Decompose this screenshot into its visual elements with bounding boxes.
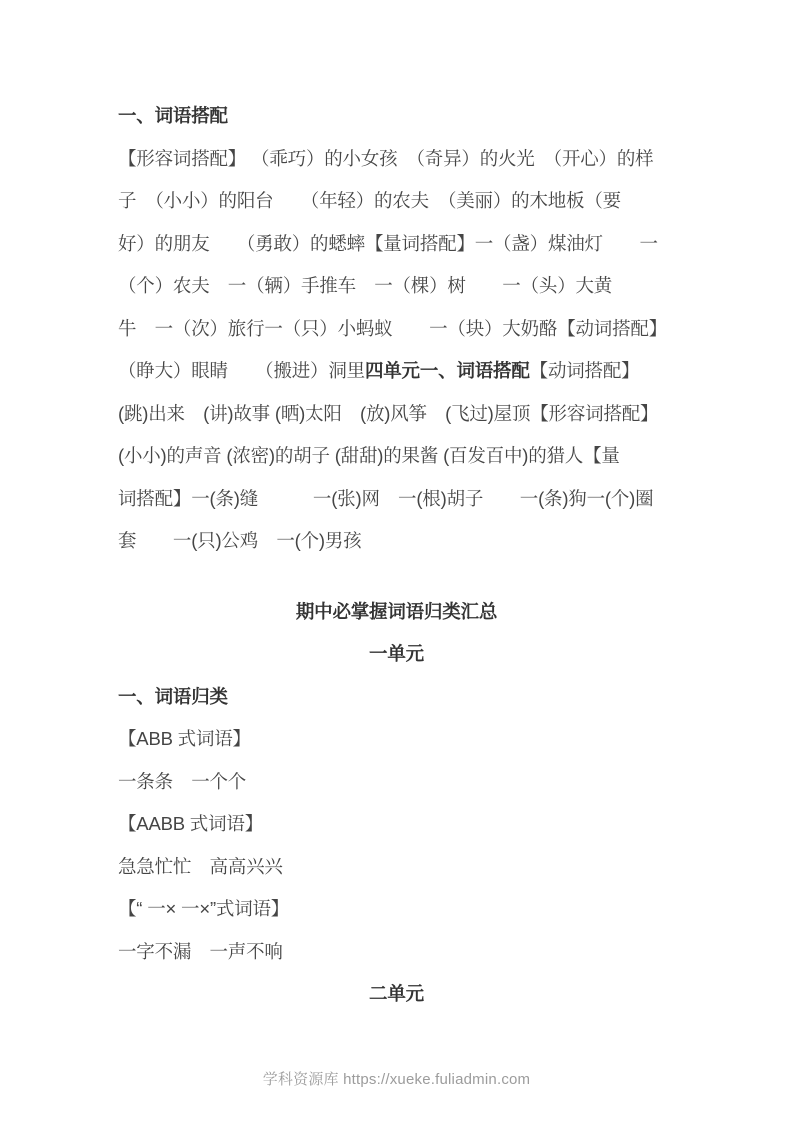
text-run: (跳)出来 (讲)故事 (晒)太阳 (放)风筝 (飞过)屋顶【形容词搭配】: [118, 403, 658, 424]
text-run: 急急忙忙 高高兴兴: [118, 856, 283, 877]
bold-text-run: 一、词语搭配: [118, 105, 228, 126]
text-line: 一字不漏 一声不响: [118, 931, 675, 974]
footer-watermark-text: 学科资源库 https://xueke.fuliadmin.com: [263, 1071, 531, 1088]
text-run: 牛 一（次）旅行一（只）小蚂蚁 一（块）大奶酪【动词搭配】: [118, 318, 667, 339]
text-line: 词搭配】一(条)缝 一(张)网 一(根)胡子 一(条)狗一(个)圈: [118, 478, 675, 521]
text-line: 【AABB 式词语】: [118, 803, 675, 846]
section-heading: 一、词语归类: [118, 676, 675, 719]
center-heading: 二单元: [118, 973, 675, 1016]
bold-text-run: 二单元: [369, 983, 424, 1004]
document-page: 一、词语搭配【形容词搭配】 （乖巧）的小女孩 （奇异）的火光 （开心）的样子 （…: [0, 0, 793, 1122]
center-heading: 期中必掌握词语归类汇总: [118, 591, 675, 634]
text-run: 【动词搭配】: [530, 360, 640, 381]
text-run: 一条条 一个个: [118, 771, 246, 792]
text-run: 一字不漏 一声不响: [118, 941, 283, 962]
text-run: 词搭配】一(条)缝 一(张)网 一(根)胡子 一(条)狗一(个)圈: [118, 488, 653, 509]
text-run: 套 一(只)公鸡 一(个)男孩: [118, 530, 361, 551]
text-line: （睁大）眼睛 （搬进）洞里四单元一、词语搭配【动词搭配】: [118, 350, 675, 393]
bold-text-run: 一、词语归类: [118, 686, 228, 707]
bold-text-run: 期中必掌握词语归类汇总: [296, 601, 497, 622]
text-run: 子 （小小）的阳台 （年轻）的农夫 （美丽）的木地板（要: [118, 190, 621, 211]
document-content: 一、词语搭配【形容词搭配】 （乖巧）的小女孩 （奇异）的火光 （开心）的样子 （…: [118, 95, 675, 1016]
text-line: 【“ 一× 一×”式词语】: [118, 888, 675, 931]
text-line: 牛 一（次）旅行一（只）小蚂蚁 一（块）大奶酪【动词搭配】: [118, 308, 675, 351]
text-run: 【AABB 式词语】: [118, 813, 263, 834]
footer-watermark: 学科资源库 https://xueke.fuliadmin.com: [0, 1068, 793, 1089]
text-line: 子 （小小）的阳台 （年轻）的农夫 （美丽）的木地板（要: [118, 180, 675, 223]
text-line: 好）的朋友 （勇敢）的蟋蟀【量词搭配】一（盏）煤油灯 一: [118, 223, 675, 266]
text-run: (小小)的声音 (浓密)的胡子 (甜甜)的果酱 (百发百中)的猎人【量: [118, 445, 620, 466]
text-run: 【形容词搭配】 （乖巧）的小女孩 （奇异）的火光 （开心）的样: [118, 148, 653, 169]
text-run: （睁大）眼睛 （搬进）洞里: [118, 360, 365, 381]
bold-text-run: 四单元一、词语搭配: [365, 360, 530, 381]
text-line: 【形容词搭配】 （乖巧）的小女孩 （奇异）的火光 （开心）的样: [118, 138, 675, 181]
text-line: (跳)出来 (讲)故事 (晒)太阳 (放)风筝 (飞过)屋顶【形容词搭配】: [118, 393, 675, 436]
text-line: (小小)的声音 (浓密)的胡子 (甜甜)的果酱 (百发百中)的猎人【量: [118, 435, 675, 478]
text-run: 【ABB 式词语】: [118, 728, 251, 749]
text-line: 急急忙忙 高高兴兴: [118, 846, 675, 889]
text-line: （个）农夫 一（辆）手推车 一（棵）树 一（头）大黄: [118, 265, 675, 308]
center-heading: 一单元: [118, 633, 675, 676]
text-line: 【ABB 式词语】: [118, 718, 675, 761]
paragraph-spacer: [118, 563, 675, 591]
text-run: 【“ 一× 一×”式词语】: [118, 898, 289, 919]
bold-text-run: 一单元: [369, 643, 424, 664]
section-heading: 一、词语搭配: [118, 95, 675, 138]
text-run: （个）农夫 一（辆）手推车 一（棵）树 一（头）大黄: [118, 275, 612, 296]
text-line: 一条条 一个个: [118, 761, 675, 804]
text-line: 套 一(只)公鸡 一(个)男孩: [118, 520, 675, 563]
text-run: 好）的朋友 （勇敢）的蟋蟀【量词搭配】一（盏）煤油灯 一: [118, 233, 658, 254]
